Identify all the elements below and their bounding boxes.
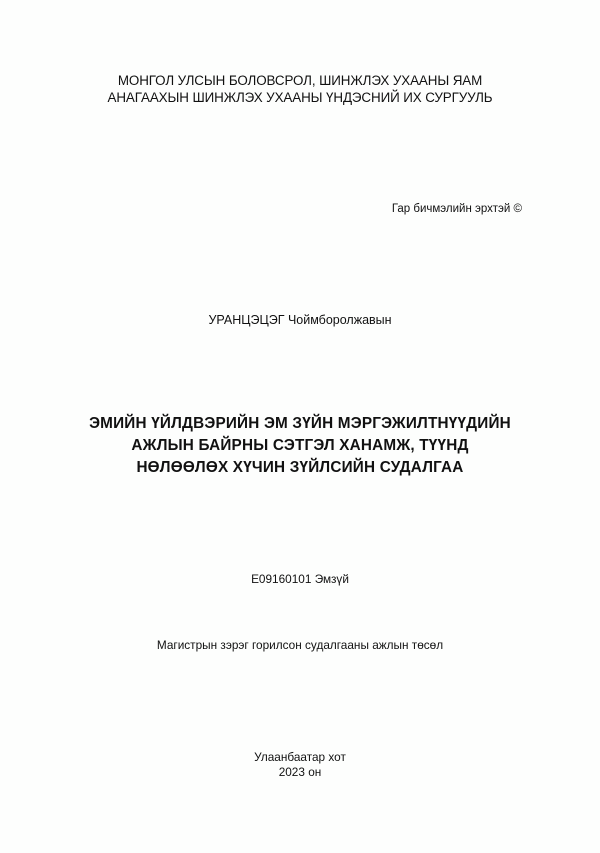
city: Улаанбаатар хот [0,750,600,765]
degree-description: Магистрын зэрэг горилсон судалгааны ажлы… [0,638,600,653]
author-name: УРАНЦЭЦЭГ Чоймборолжавын [0,312,600,328]
document-page: МОНГОЛ УЛСЫН БОЛОВСРОЛ, ШИНЖЛЭХ УХААНЫ Я… [0,0,600,853]
copyright-notice: Гар бичмэлийн эрхтэй © [392,202,522,217]
year: 2023 он [0,765,600,780]
thesis-title-line-1: ЭМИЙН ҮЙЛДВЭРИЙН ЭМ ЗҮЙН МЭРГЭЖИЛТНҮҮДИЙ… [0,413,600,435]
thesis-title-line-3: НӨЛӨӨЛӨХ ХҮЧИН ЗҮЙЛСИЙН СУДАЛГАА [0,457,600,479]
ministry-name: МОНГОЛ УЛСЫН БОЛОВСРОЛ, ШИНЖЛЭХ УХААНЫ Я… [0,72,600,89]
specialty-code: E09160101 Эмзүй [0,572,600,587]
university-name: АНАГААХЫН ШИНЖЛЭХ УХААНЫ ҮНДЭСНИЙ ИХ СУР… [0,89,600,106]
place-and-year: Улаанбаатар хот 2023 он [0,750,600,780]
thesis-title: ЭМИЙН ҮЙЛДВЭРИЙН ЭМ ЗҮЙН МЭРГЭЖИЛТНҮҮДИЙ… [0,413,600,479]
institution-header: МОНГОЛ УЛСЫН БОЛОВСРОЛ, ШИНЖЛЭХ УХААНЫ Я… [0,72,600,106]
thesis-title-line-2: АЖЛЫН БАЙРНЫ СЭТГЭЛ ХАНАМЖ, ТҮҮНД [0,435,600,457]
